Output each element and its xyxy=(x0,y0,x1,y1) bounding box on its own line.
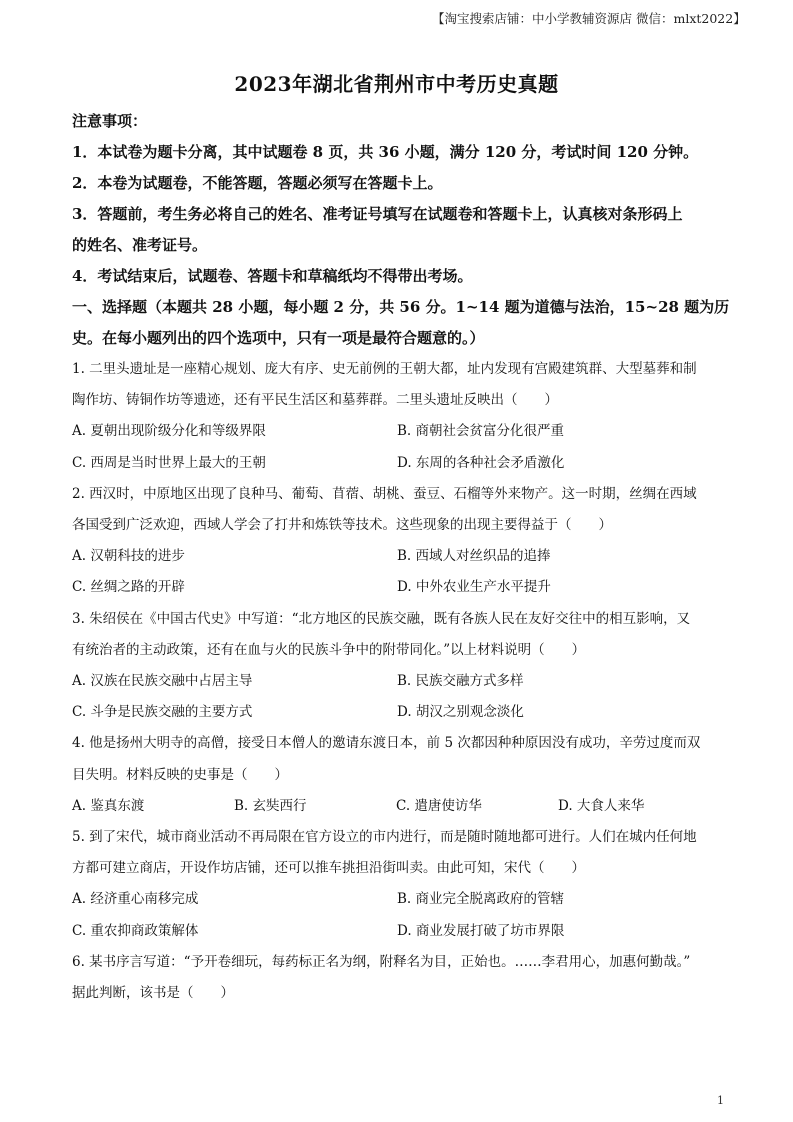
question-text: 3. 朱绍侯在《中国古代史》中写道：“北方地区的民族交融，既有各族人民在友好交往… xyxy=(72,604,722,635)
question-text: 各国受到广泛欢迎，西域人学会了打井和炼铁等技术。这些现象的出现主要得益于（ ） xyxy=(72,510,722,541)
question-text: 据此判断，该书是（ ） xyxy=(72,978,722,1009)
option-a: A. 鉴真东渡 xyxy=(72,791,234,822)
question-3: 3. 朱绍侯在《中国古代史》中写道：“北方地区的民族交融，既有各族人民在友好交往… xyxy=(72,604,722,729)
question-4: 4. 他是扬州大明寺的高僧，接受日本僧人的邀请东渡日本，前 5 次都因种种原因没… xyxy=(72,728,722,822)
option-b: B. 玄奘西行 xyxy=(234,791,396,822)
notice-item: 2．本卷为试题卷，不能答题，答题必须写在答题卡上。 xyxy=(72,168,722,199)
option-d: D. 商业发展打破了坊市界限 xyxy=(397,916,722,947)
question-text: 4. 他是扬州大明寺的高僧，接受日本僧人的邀请东渡日本，前 5 次都因种种原因没… xyxy=(72,728,722,759)
option-c: C. 斗争是民族交融的主要方式 xyxy=(72,697,397,728)
option-a: A. 汉朝科技的进步 xyxy=(72,541,397,572)
option-d: D. 胡汉之别观念淡化 xyxy=(397,697,722,728)
section-heading-cont: 史。在每小题列出的四个选项中，只有一项是最符合题意的。） xyxy=(72,323,722,354)
question-text: 有统治者的主动政策，还有在血与火的民族斗争中的附带同化。”以上材料说明（ ） xyxy=(72,635,722,666)
page-title: 2023年湖北省荆州市中考历史真题 xyxy=(0,68,793,97)
page-number: 1 xyxy=(717,1094,724,1107)
option-b: B. 商朝社会贫富分化很严重 xyxy=(397,416,722,447)
question-text: 陶作坊、铸铜作坊等遗迹，还有平民生活区和墓葬群。二里头遗址反映出（ ） xyxy=(72,385,722,416)
question-5: 5. 到了宋代，城市商业活动不再局限在官方设立的市内进行，而是随时随地都可进行。… xyxy=(72,822,722,947)
watermark-header: 【淘宝搜索店铺：中小学教辅资源店 微信：mlxt2022】 xyxy=(432,9,746,27)
option-a: A. 夏朝出现阶级分化和等级界限 xyxy=(72,416,397,447)
notice-heading: 注意事项： xyxy=(72,106,722,137)
option-c: C. 重农抑商政策解体 xyxy=(72,916,397,947)
option-c: C. 丝绸之路的开辟 xyxy=(72,572,397,603)
question-text: 6. 某书序言写道：“予开卷细玩，每药标正名为纲，附释名为目，正始也。……李君用… xyxy=(72,947,722,978)
question-text: 目失明。材料反映的史事是（ ） xyxy=(72,760,722,791)
option-b: B. 商业完全脱离政府的管辖 xyxy=(397,884,722,915)
question-text: 方都可建立商店，开设作坊店铺，还可以推车挑担沿街叫卖。由此可知，宋代（ ） xyxy=(72,853,722,884)
option-d: D. 大食人来华 xyxy=(558,791,720,822)
option-d: D. 中外农业生产水平提升 xyxy=(397,572,722,603)
question-text: 1. 二里头遗址是一座精心规划、庞大有序、史无前例的王朝大都，址内发现有宫殿建筑… xyxy=(72,354,722,385)
question-2: 2. 西汉时，中原地区出现了良种马、葡萄、苜蓿、胡桃、蚕豆、石榴等外来物产。这一… xyxy=(72,479,722,604)
option-d: D. 东周的各种社会矛盾激化 xyxy=(397,448,722,479)
option-c: C. 西周是当时世界上最大的王朝 xyxy=(72,448,397,479)
option-b: B. 西域人对丝织品的追捧 xyxy=(397,541,722,572)
notice-item: 1．本试卷为题卡分离，其中试题卷 8 页，共 36 小题，满分 120 分，考试… xyxy=(72,137,722,168)
notice-item: 的姓名、准考证号。 xyxy=(72,230,722,261)
option-c: C. 遣唐使访华 xyxy=(396,791,558,822)
question-6: 6. 某书序言写道：“予开卷细玩，每药标正名为纲，附释名为目，正始也。……李君用… xyxy=(72,947,722,1009)
question-text: 2. 西汉时，中原地区出现了良种马、葡萄、苜蓿、胡桃、蚕豆、石榴等外来物产。这一… xyxy=(72,479,722,510)
document-body: 注意事项： 1．本试卷为题卡分离，其中试题卷 8 页，共 36 小题，满分 12… xyxy=(72,106,722,1009)
question-text: 5. 到了宋代，城市商业活动不再局限在官方设立的市内进行，而是随时随地都可进行。… xyxy=(72,822,722,853)
option-a: A. 汉族在民族交融中占居主导 xyxy=(72,666,397,697)
section-heading: 一、选择题（本题共 28 小题，每小题 2 分，共 56 分。1~14 题为道德… xyxy=(72,292,722,323)
notice-item: 4．考试结束后，试题卷、答题卡和草稿纸均不得带出考场。 xyxy=(72,261,722,292)
option-b: B. 民族交融方式多样 xyxy=(397,666,722,697)
question-1: 1. 二里头遗址是一座精心规划、庞大有序、史无前例的王朝大都，址内发现有宫殿建筑… xyxy=(72,354,722,479)
option-a: A. 经济重心南移完成 xyxy=(72,884,397,915)
notice-item: 3．答题前，考生务必将自己的姓名、准考证号填写在试题卷和答题卡上，认真核对条形码… xyxy=(72,199,722,230)
